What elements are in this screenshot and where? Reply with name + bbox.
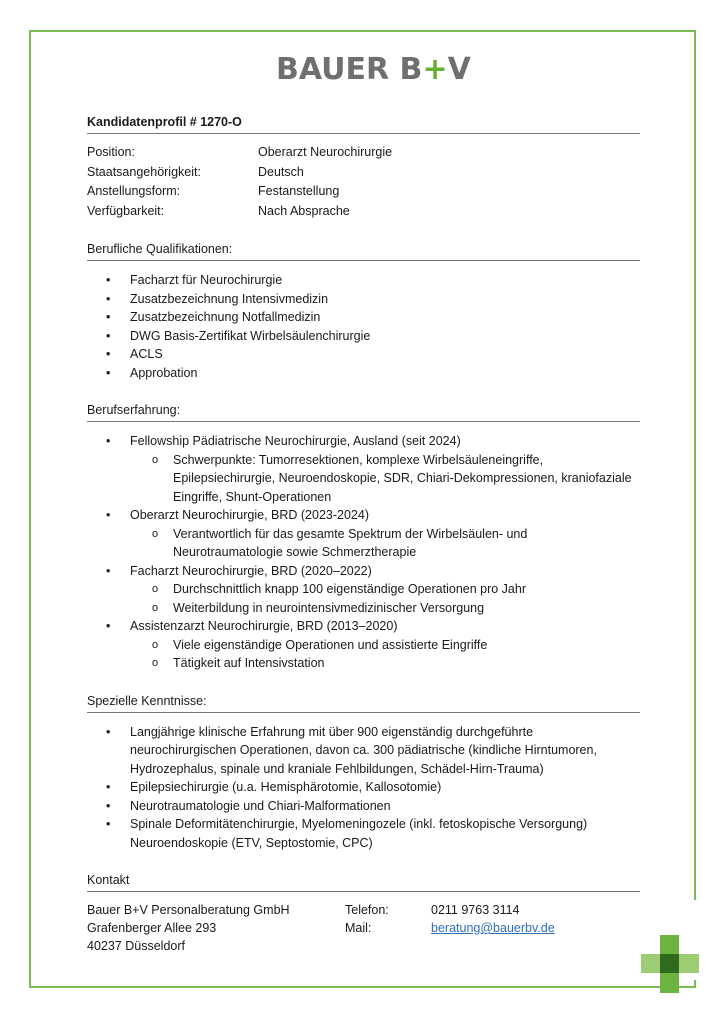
circle-bullet-icon: o	[152, 451, 158, 470]
logo-plus-icon: +	[422, 52, 447, 87]
list-item-text: Schwerpunkte: Tumorresektionen, komplexe…	[173, 453, 632, 504]
list-item: oViele eigenständige Operationen und ass…	[87, 636, 640, 655]
list-item-text: Weiterbildung in neurointensivmedizinisc…	[173, 601, 484, 615]
profile-title: Kandidatenprofil # 1270-O	[87, 113, 640, 131]
qualifications-list: •Facharzt für Neurochirurgie•Zusatzbezei…	[87, 271, 640, 382]
list-item-text: Epilepsiechirurgie (u.a. Hemisphärotomie…	[130, 780, 441, 794]
field-value: Oberarzt Neurochirurgie	[258, 143, 392, 163]
circle-bullet-icon: o	[152, 636, 158, 655]
brand-cross-icon	[641, 935, 711, 993]
bullet-icon: •	[106, 327, 110, 346]
logo-text: BAUER B	[276, 52, 422, 87]
list-item: oVerantwortlich für das gesamte Spektrum…	[87, 525, 640, 562]
list-item-text: Tätigkeit auf Intensivstation	[173, 656, 324, 670]
phone-value: 0211 9763 3114	[431, 901, 520, 919]
list-item-text: Spinale Deformitätenchirurgie, Myelomeni…	[130, 817, 587, 850]
contact-company: Bauer B+V Personalberatung GmbH	[87, 901, 345, 919]
field-value: Nach Absprache	[258, 202, 350, 222]
company-logo: BAUER B+V	[276, 52, 471, 87]
list-item: •Langjährige klinische Erfahrung mit übe…	[87, 723, 640, 779]
skills-title: Spezielle Kenntnisse:	[87, 692, 640, 710]
list-item: •Zusatzbezeichnung Intensivmedizin	[87, 290, 640, 309]
list-item-text: ACLS	[130, 347, 163, 361]
list-item: •Assistenzarzt Neurochirurgie, BRD (2013…	[87, 617, 640, 636]
list-item: •Oberarzt Neurochirurgie, BRD (2023-2024…	[87, 506, 640, 525]
experience-list: •Fellowship Pädiatrische Neurochirurgie,…	[87, 432, 640, 673]
mail-link[interactable]: beratung@bauerbv.de	[431, 919, 555, 937]
list-item-text: Durchschnittlich knapp 100 eigenständige…	[173, 582, 526, 596]
field-label: Staatsangehörigkeit:	[87, 163, 258, 183]
bullet-icon: •	[106, 562, 110, 581]
phone-label: Telefon:	[345, 901, 431, 919]
list-item-text: Facharzt Neurochirurgie, BRD (2020–2022)	[130, 564, 372, 578]
logo-text-v: V	[448, 52, 471, 87]
contact-street: Grafenberger Allee 293	[87, 919, 345, 937]
bullet-icon: •	[106, 506, 110, 525]
list-item: •Neurotraumatologie und Chiari-Malformat…	[87, 797, 640, 816]
list-item: •DWG Basis-Zertifikat Wirbelsäulenchirur…	[87, 327, 640, 346]
list-item-text: Viele eigenständige Operationen und assi…	[173, 638, 487, 652]
list-item: oSchwerpunkte: Tumorresektionen, komplex…	[87, 451, 640, 507]
contact-block: Bauer B+V Personalberatung GmbH Telefon:…	[87, 901, 640, 955]
list-item: •Fellowship Pädiatrische Neurochirurgie,…	[87, 432, 640, 451]
bullet-icon: •	[106, 778, 110, 797]
profile-field-row: Anstellungsform:Festanstellung	[87, 182, 640, 202]
list-item-text: Fellowship Pädiatrische Neurochirurgie, …	[130, 434, 461, 448]
list-item-text: Zusatzbezeichnung Intensivmedizin	[130, 292, 328, 306]
profile-document: Kandidatenprofil # 1270-O Position:Obera…	[87, 113, 640, 955]
list-item-text: Zusatzbezeichnung Notfallmedizin	[130, 310, 320, 324]
list-item-text: Verantwortlich für das gesamte Spektrum …	[173, 527, 527, 560]
list-item-text: Facharzt für Neurochirurgie	[130, 273, 282, 287]
list-item: •Approbation	[87, 364, 640, 383]
list-item: •Facharzt für Neurochirurgie	[87, 271, 640, 290]
bullet-icon: •	[106, 432, 110, 451]
circle-bullet-icon: o	[152, 654, 158, 673]
list-item-text: Approbation	[130, 366, 197, 380]
list-item-text: Oberarzt Neurochirurgie, BRD (2023-2024)	[130, 508, 369, 522]
list-item: •ACLS	[87, 345, 640, 364]
list-item: •Spinale Deformitätenchirurgie, Myelomen…	[87, 815, 640, 852]
profile-fields: Position:Oberarzt NeurochirurgieStaatsan…	[87, 143, 640, 221]
bullet-icon: •	[106, 797, 110, 816]
profile-field-row: Position:Oberarzt Neurochirurgie	[87, 143, 640, 163]
list-item: •Epilepsiechirurgie (u.a. Hemisphärotomi…	[87, 778, 640, 797]
skills-list: •Langjährige klinische Erfahrung mit übe…	[87, 723, 640, 853]
circle-bullet-icon: o	[152, 580, 158, 599]
bullet-icon: •	[106, 308, 110, 327]
circle-bullet-icon: o	[152, 599, 158, 618]
list-item: oTätigkeit auf Intensivstation	[87, 654, 640, 673]
list-item-text: Neurotraumatologie und Chiari-Malformati…	[130, 799, 391, 813]
list-item: •Zusatzbezeichnung Notfallmedizin	[87, 308, 640, 327]
field-label: Position:	[87, 143, 258, 163]
bullet-icon: •	[106, 345, 110, 364]
list-item-text: DWG Basis-Zertifikat Wirbelsäulenchirurg…	[130, 329, 370, 343]
bullet-icon: •	[106, 364, 110, 383]
field-label: Verfügbarkeit:	[87, 202, 258, 222]
field-value: Festanstellung	[258, 182, 339, 202]
qualifications-title: Berufliche Qualifikationen:	[87, 240, 640, 258]
bullet-icon: •	[106, 271, 110, 290]
experience-title: Berufserfahrung:	[87, 401, 640, 419]
field-value: Deutsch	[258, 163, 304, 183]
profile-field-row: Verfügbarkeit:Nach Absprache	[87, 202, 640, 222]
contact-title: Kontakt	[87, 871, 640, 889]
bullet-icon: •	[106, 290, 110, 309]
bullet-icon: •	[106, 617, 110, 636]
bullet-icon: •	[106, 815, 110, 834]
profile-field-row: Staatsangehörigkeit:Deutsch	[87, 163, 640, 183]
bullet-icon: •	[106, 723, 110, 742]
list-item: oWeiterbildung in neurointensivmedizinis…	[87, 599, 640, 618]
list-item: •Facharzt Neurochirurgie, BRD (2020–2022…	[87, 562, 640, 581]
circle-bullet-icon: o	[152, 525, 158, 544]
list-item: oDurchschnittlich knapp 100 eigenständig…	[87, 580, 640, 599]
contact-city: 40237 Düsseldorf	[87, 937, 345, 955]
field-label: Anstellungsform:	[87, 182, 258, 202]
list-item-text: Langjährige klinische Erfahrung mit über…	[130, 725, 597, 776]
mail-label: Mail:	[345, 919, 431, 937]
list-item-text: Assistenzarzt Neurochirurgie, BRD (2013–…	[130, 619, 398, 633]
